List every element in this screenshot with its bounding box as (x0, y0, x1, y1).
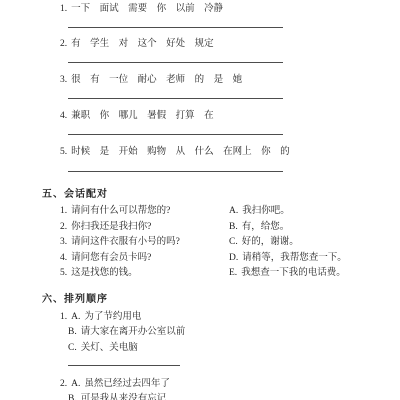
worksheet-page: { "page": { "background": "#ffffff", "te… (0, 0, 400, 400)
scramble-item: 3.很 有 一位 耐心 老师 的 是 她 (60, 74, 242, 87)
scramble-words: 时候 是 开始 购物 从 什么 在网上 你 的 (71, 147, 290, 157)
order-option: B.可是我从来没有忘记 (68, 393, 166, 400)
answer-text: 好的，谢谢。 (242, 237, 299, 247)
question-number: 4. (60, 253, 67, 263)
answer-text: 我扫你吧。 (242, 206, 290, 216)
question-number: 5. (60, 268, 67, 278)
option-label: A. (71, 312, 80, 322)
answer-line (68, 98, 283, 99)
section-header-order: 六、排列顺序 (42, 290, 108, 305)
option-text: 关灯、关电脑 (81, 343, 138, 353)
scramble-item: 2.有 学生 对 这个 好处 规定 (60, 38, 214, 51)
answer-line (68, 171, 283, 172)
answer-line (68, 62, 283, 63)
item-number: 1. (60, 4, 67, 14)
item-number: 1. (60, 312, 67, 322)
question-text: 你扫我还是我扫你? (71, 222, 151, 232)
matching-question: 2.你扫我还是我扫你? (60, 221, 151, 234)
option-label: A. (71, 379, 80, 389)
answer-text: 有，给您。 (242, 222, 290, 232)
scramble-words: 很 有 一位 耐心 老师 的 是 她 (71, 75, 242, 85)
matching-answer: A.我扫你吧。 (229, 205, 290, 218)
matching-question: 3.请问这件衣服有小号的吗? (60, 236, 180, 249)
matching-question: 1.请问有什么可以帮您的? (60, 205, 170, 218)
option-text: 可是我从来没有忘记 (81, 394, 167, 400)
option-label: B. (68, 327, 77, 337)
matching-question: 5.这是找您的钱。 (60, 267, 138, 280)
order-option: 1.A.为了节约用电 (60, 311, 141, 324)
order-option: 2.A.虽然已经过去四年了 (60, 378, 170, 391)
question-number: 3. (60, 237, 67, 247)
scramble-words: 一下 面试 需要 你 以前 冷静 (71, 4, 223, 14)
scramble-words: 兼职 你 哪儿 暑假 打算 在 (71, 111, 214, 121)
matching-question: 4.请问您有会员卡吗? (60, 252, 151, 265)
option-text: 为了节约用电 (84, 312, 141, 322)
answer-label: D. (229, 253, 238, 263)
matching-answer: E.我想查一下我的电话费。 (229, 267, 346, 280)
option-label: C. (68, 343, 77, 353)
matching-answer: B.有，给您。 (229, 221, 289, 234)
answer-label: C. (229, 237, 238, 247)
matching-answer: D.请稍等，我帮您查一下。 (229, 252, 347, 265)
item-number: 4. (60, 111, 67, 121)
scramble-item: 1.一下 面试 需要 你 以前 冷静 (60, 3, 223, 16)
item-number: 5. (60, 147, 67, 157)
question-text: 这是找您的钱。 (71, 268, 138, 278)
answer-line (68, 134, 283, 135)
answer-line (68, 27, 283, 28)
answer-label: A. (229, 206, 238, 216)
scramble-item: 5.时候 是 开始 购物 从 什么 在网上 你 的 (60, 146, 290, 159)
matching-answer: C.好的，谢谢。 (229, 236, 299, 249)
order-option: C.关灯、关电脑 (68, 342, 138, 355)
answer-line (68, 365, 180, 366)
item-number: 3. (60, 75, 67, 85)
question-text: 请问这件衣服有小号的吗? (71, 237, 180, 247)
item-number: 2. (60, 379, 67, 389)
answer-text: 我想查一下我的电话费。 (241, 268, 346, 278)
question-text: 请问您有会员卡吗? (71, 253, 151, 263)
option-text: 请大家在离开办公室以前 (81, 327, 186, 337)
question-text: 请问有什么可以帮您的? (71, 206, 170, 216)
section-header-matching: 五、会话配对 (42, 185, 108, 200)
scramble-words: 有 学生 对 这个 好处 规定 (71, 39, 214, 49)
option-label: B. (68, 394, 77, 400)
item-number: 2. (60, 39, 67, 49)
scramble-item: 4.兼职 你 哪儿 暑假 打算 在 (60, 110, 214, 123)
order-option: B.请大家在离开办公室以前 (68, 326, 185, 339)
question-number: 2. (60, 222, 67, 232)
answer-label: E. (229, 268, 237, 278)
answer-label: B. (229, 222, 238, 232)
answer-text: 请稍等，我帮您查一下。 (242, 253, 347, 263)
question-number: 1. (60, 206, 67, 216)
option-text: 虽然已经过去四年了 (84, 379, 170, 389)
